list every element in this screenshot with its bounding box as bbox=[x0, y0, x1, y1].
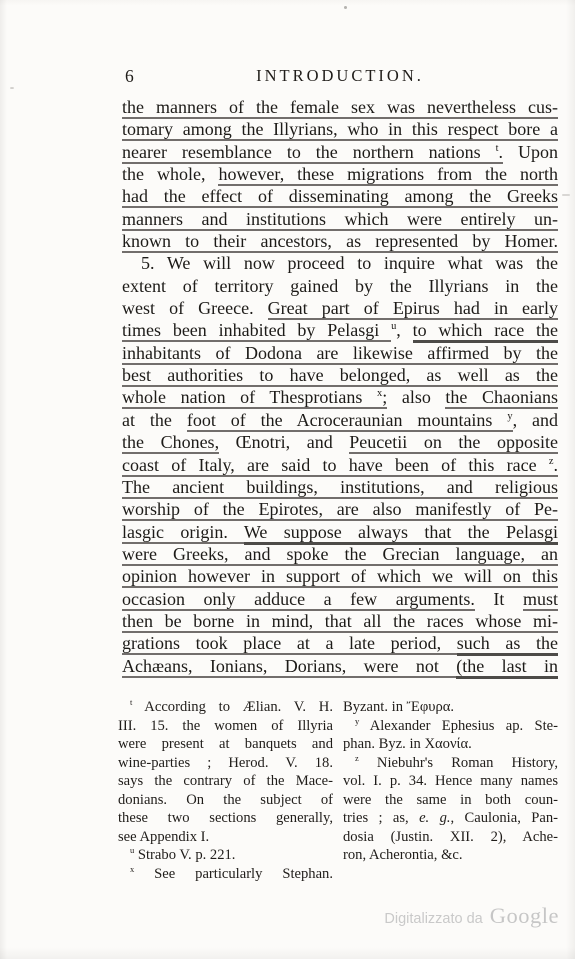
text-line: tries ; as, e. g., Caulonia, Pan- bbox=[343, 809, 558, 828]
text-segment: phan. Byz. in Χαονία. bbox=[343, 736, 472, 752]
text-segment: also bbox=[387, 387, 445, 407]
text-segment: . bbox=[554, 455, 559, 477]
text-segment: grations took place at a late period, bbox=[122, 633, 457, 655]
text-line: worship of the Epirotes, are also manife… bbox=[122, 498, 558, 520]
text-segment: Byzant. in Ἔφυρα. bbox=[343, 699, 454, 715]
text-line: west of Greece. Great part of Epirus had… bbox=[122, 297, 558, 319]
text-segment: The ancient buildings, institutions, and… bbox=[122, 477, 558, 499]
text-line: nearer resemblance to the northern natio… bbox=[122, 141, 558, 163]
text-segment: worship of the Epirotes, are also manife… bbox=[122, 499, 558, 521]
text-segment: opinion however in support of which we w… bbox=[122, 566, 558, 588]
text-segment: the Chaonians bbox=[445, 387, 558, 409]
text-line: were Greeks, and spoke the Grecian langu… bbox=[122, 543, 558, 565]
text-segment: 5. We will now proceed to inquire what w… bbox=[141, 253, 558, 273]
text-segment: wine-parties ; Herod. V. 18. bbox=[118, 755, 333, 771]
text-segment: vol. I. p. 34. Hence many names bbox=[343, 773, 558, 789]
text-segment: Œnotri, and bbox=[219, 432, 349, 452]
text-line: The ancient buildings, institutions, and… bbox=[122, 476, 558, 498]
scan-speck-left bbox=[10, 87, 14, 89]
text-line: Achæans, Ionians, Dorians, were not (the… bbox=[122, 655, 558, 677]
text-line: known to their ancestors, as represented… bbox=[122, 230, 558, 252]
google-logo-text: Google bbox=[490, 903, 559, 929]
scan-speck-right bbox=[562, 194, 570, 196]
text-segment: tries ; as, bbox=[343, 810, 419, 826]
text-line: the manners of the female sex was nevert… bbox=[122, 96, 558, 118]
text-segment: e. g. bbox=[419, 810, 450, 826]
text-segment: Alexander Ephesius ap. Ste- bbox=[359, 718, 558, 734]
text-segment: Strabo V. p. 221. bbox=[134, 847, 235, 863]
text-segment: must bbox=[523, 589, 558, 611]
running-title: INTRODUCTION. bbox=[122, 66, 558, 86]
text-segment: says the contrary of the Mace- bbox=[118, 773, 333, 789]
text-segment: times been inhabited by Pelasgi bbox=[122, 320, 391, 342]
text-line: donians. On the subject of bbox=[118, 791, 333, 810]
text-line: grations took place at a late period, su… bbox=[122, 632, 558, 654]
footnotes: t According to Ælian. V. H.III. 15. the … bbox=[118, 698, 558, 883]
text-line: whole nation of Thesprotians x; also the… bbox=[122, 386, 558, 408]
text-segment: then be borne in mind, that all the race… bbox=[122, 611, 558, 633]
text-segment: donians. On the subject of bbox=[118, 792, 333, 808]
text-line: the whole, however, these migrations fro… bbox=[122, 163, 558, 185]
text-segment: Achæans, Ionians, Dorians, were not bbox=[122, 656, 456, 678]
text-segment: extent of territory gained by the Illyri… bbox=[122, 276, 558, 296]
text-segment: lasgic origin. bbox=[122, 522, 244, 544]
text-segment: the Chones, bbox=[122, 432, 219, 454]
text-segment: foot of the Acroceraunian mountains bbox=[187, 410, 508, 432]
text-line: manners and institutions which were enti… bbox=[122, 208, 558, 230]
text-segment: known to their ancestors, as represented… bbox=[122, 231, 558, 253]
text-segment: manners and institutions which were enti… bbox=[122, 209, 558, 231]
text-segment: at the bbox=[122, 410, 187, 430]
body-text: the manners of the female sex was nevert… bbox=[122, 96, 558, 677]
footnotes-left-column: t According to Ælian. V. H.III. 15. the … bbox=[118, 698, 333, 883]
scanned-page: 6 INTRODUCTION. the manners of the femal… bbox=[0, 0, 575, 959]
text-line: III. 15. the women of Illyria bbox=[118, 717, 333, 736]
page-number: 6 bbox=[125, 66, 134, 87]
watermark-text: Digitalizzato da bbox=[384, 911, 482, 927]
text-segment: Peucetii on the opposite bbox=[349, 432, 558, 454]
text-segment: such as the bbox=[457, 633, 558, 656]
text-line: the Chones, Œnotri, and Peucetii on the … bbox=[122, 431, 558, 453]
text-segment: were Greeks, and spoke the Grecian langu… bbox=[122, 544, 558, 566]
text-line: occasion only adduce a few arguments. It… bbox=[122, 588, 558, 610]
text-segment: tomary among the Illyrians, who in this … bbox=[122, 119, 558, 141]
text-segment: were the same in both coun- bbox=[343, 792, 558, 808]
footnotes-right-column: Byzant. in Ἔφυρα.y Alexander Ephesius ap… bbox=[343, 698, 558, 883]
text-line: times been inhabited by Pelasgi u, to wh… bbox=[122, 319, 558, 341]
text-segment: III. 15. the women of Illyria bbox=[118, 718, 333, 734]
text-segment: had the effect of disseminating among th… bbox=[122, 186, 558, 208]
text-segment: Great part of Epirus had in early bbox=[268, 298, 558, 320]
text-segment: west of Greece. bbox=[122, 298, 268, 318]
text-segment: See particularly Stephan. bbox=[134, 866, 333, 882]
text-segment: inhabitants of Dodona are likewise affir… bbox=[122, 343, 558, 365]
text-segment: We suppose always that the Pelasgi bbox=[244, 522, 558, 545]
text-line: had the effect of disseminating among th… bbox=[122, 185, 558, 207]
text-line: best authorities to have belonged, as we… bbox=[122, 364, 558, 386]
text-segment: the whole, bbox=[122, 164, 218, 184]
text-line: were the same in both coun- bbox=[343, 791, 558, 810]
text-line: 5. We will now proceed to inquire what w… bbox=[122, 252, 558, 274]
text-line: x See particularly Stephan. bbox=[118, 865, 333, 884]
text-segment: ron, Acherontia, &c. bbox=[343, 847, 463, 863]
text-segment: , bbox=[396, 320, 412, 340]
text-line: at the foot of the Acroceraunian mountai… bbox=[122, 409, 558, 431]
text-segment: however, these migrations from the north bbox=[218, 164, 558, 186]
text-line: u Strabo V. p. 221. bbox=[118, 846, 333, 865]
text-segment: , and bbox=[513, 410, 558, 430]
text-line: vol. I. p. 34. Hence many names bbox=[343, 772, 558, 791]
text-segment: dosia (Justin. XII. 2), Ache- bbox=[343, 829, 558, 845]
scan-speck-top bbox=[344, 6, 347, 9]
text-line: phan. Byz. in Χαονία. bbox=[343, 735, 558, 754]
text-segment: the manners of the female sex was nevert… bbox=[122, 97, 558, 119]
text-line: z Niebuhr's Roman History, bbox=[343, 754, 558, 773]
text-line: says the contrary of the Mace- bbox=[118, 772, 333, 791]
text-line: opinion however in support of which we w… bbox=[122, 565, 558, 587]
footnote-marker: z bbox=[549, 455, 554, 477]
text-segment: Upon bbox=[503, 142, 558, 162]
text-line: tomary among the Illyrians, who in this … bbox=[122, 118, 558, 140]
text-line: t According to Ælian. V. H. bbox=[118, 698, 333, 717]
text-segment: (the last in bbox=[456, 656, 558, 679]
text-line: lasgic origin. We suppose always that th… bbox=[122, 521, 558, 543]
text-segment: best authorities to have belonged, as we… bbox=[122, 365, 558, 387]
google-watermark: Digitalizzato da Google bbox=[384, 903, 559, 929]
text-segment: According to Ælian. V. H. bbox=[132, 699, 333, 715]
text-segment: were present at banquets and bbox=[118, 736, 333, 752]
text-line: ron, Acherontia, &c. bbox=[343, 846, 558, 865]
text-line: coast of Italy, are said to have been of… bbox=[122, 454, 558, 476]
text-segment: to which race the bbox=[413, 320, 558, 343]
text-line: Byzant. in Ἔφυρα. bbox=[343, 698, 558, 717]
text-segment: occasion only adduce a few arguments. bbox=[122, 589, 475, 611]
text-line: then be borne in mind, that all the race… bbox=[122, 610, 558, 632]
text-segment: coast of Italy, are said to have been of… bbox=[122, 455, 549, 477]
text-line: y Alexander Ephesius ap. Ste- bbox=[343, 717, 558, 736]
page-header: 6 INTRODUCTION. bbox=[122, 66, 558, 88]
text-line: these two sections generally, bbox=[118, 809, 333, 828]
text-segment: Niebuhr's Roman History, bbox=[359, 755, 558, 771]
text-segment: these two sections generally, bbox=[118, 810, 333, 826]
text-line: were present at banquets and bbox=[118, 735, 333, 754]
text-segment: see Appendix I. bbox=[118, 829, 209, 845]
text-segment: whole nation of Thesprotians bbox=[122, 387, 377, 409]
text-segment: nearer resemblance to the northern natio… bbox=[122, 142, 496, 164]
text-segment: , Caulonia, Pan- bbox=[451, 810, 558, 826]
text-line: wine-parties ; Herod. V. 18. bbox=[118, 754, 333, 773]
text-line: see Appendix I. bbox=[118, 828, 333, 847]
text-line: dosia (Justin. XII. 2), Ache- bbox=[343, 828, 558, 847]
text-segment: It bbox=[475, 589, 523, 609]
text-line: extent of territory gained by the Illyri… bbox=[122, 275, 558, 297]
text-line: inhabitants of Dodona are likewise affir… bbox=[122, 342, 558, 364]
